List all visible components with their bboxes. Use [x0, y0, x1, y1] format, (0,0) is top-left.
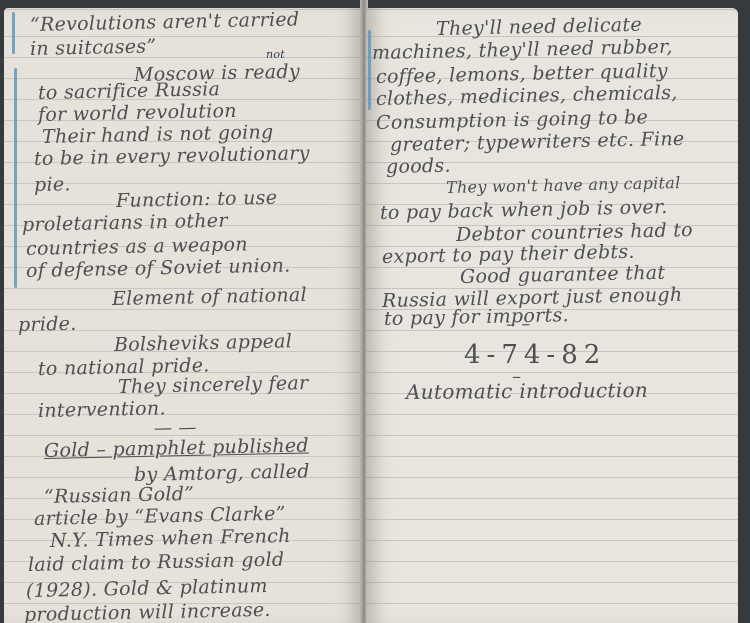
handwritten-line: pride. [18, 313, 77, 336]
margin-line-top [12, 12, 15, 54]
handwritten-line-gold-heading: Gold – pamphlet published [44, 434, 309, 462]
handwritten-line: intervention. [38, 397, 166, 422]
right-page: They'll need delicate machines, they'll … [366, 8, 738, 623]
handwritten-line: to be in every revolutionary [34, 142, 310, 170]
handwritten-line: Function: to use [116, 187, 278, 212]
handwritten-line: in suitcases” [30, 35, 157, 60]
handwritten-line-automatic: Automatic introduction [406, 378, 648, 404]
handwritten-line: N.Y. Times when French [50, 525, 291, 552]
handwritten-line: They sincerely fear [118, 372, 309, 398]
handwritten-line: Bolsheviks appeal [114, 330, 293, 356]
handwritten-line: Element of national [112, 284, 307, 310]
handwritten-line: “Revolutions aren't carried [30, 8, 300, 36]
handwritten-line: They won't have any capital [446, 173, 681, 197]
insertion-note: not [266, 48, 285, 61]
separator-dashes: — — [154, 417, 197, 439]
handwritten-line: (1928). Gold & platinum [26, 575, 268, 602]
handwritten-line: production will increase. [24, 599, 271, 623]
handwritten-line: proletarians in other [22, 210, 228, 236]
handwritten-line: of defense of Soviet union. [26, 254, 291, 282]
separator-dashes: – – [506, 313, 531, 335]
margin-line-right-page [368, 30, 371, 110]
handwritten-number-code: 4-74-82 [464, 340, 606, 370]
handwritten-line: goods. [386, 155, 451, 178]
handwritten-line: to pay for imports. [384, 304, 569, 330]
left-page: “Revolutions aren't carried in suitcases… [4, 8, 362, 623]
handwritten-line: pie. [34, 173, 71, 196]
handwritten-line: laid claim to Russian gold [28, 549, 285, 576]
handwritten-line: by Amtorg, called [134, 460, 310, 486]
margin-line-bottom [14, 68, 17, 288]
notebook-spread: “Revolutions aren't carried in suitcases… [0, 0, 750, 623]
